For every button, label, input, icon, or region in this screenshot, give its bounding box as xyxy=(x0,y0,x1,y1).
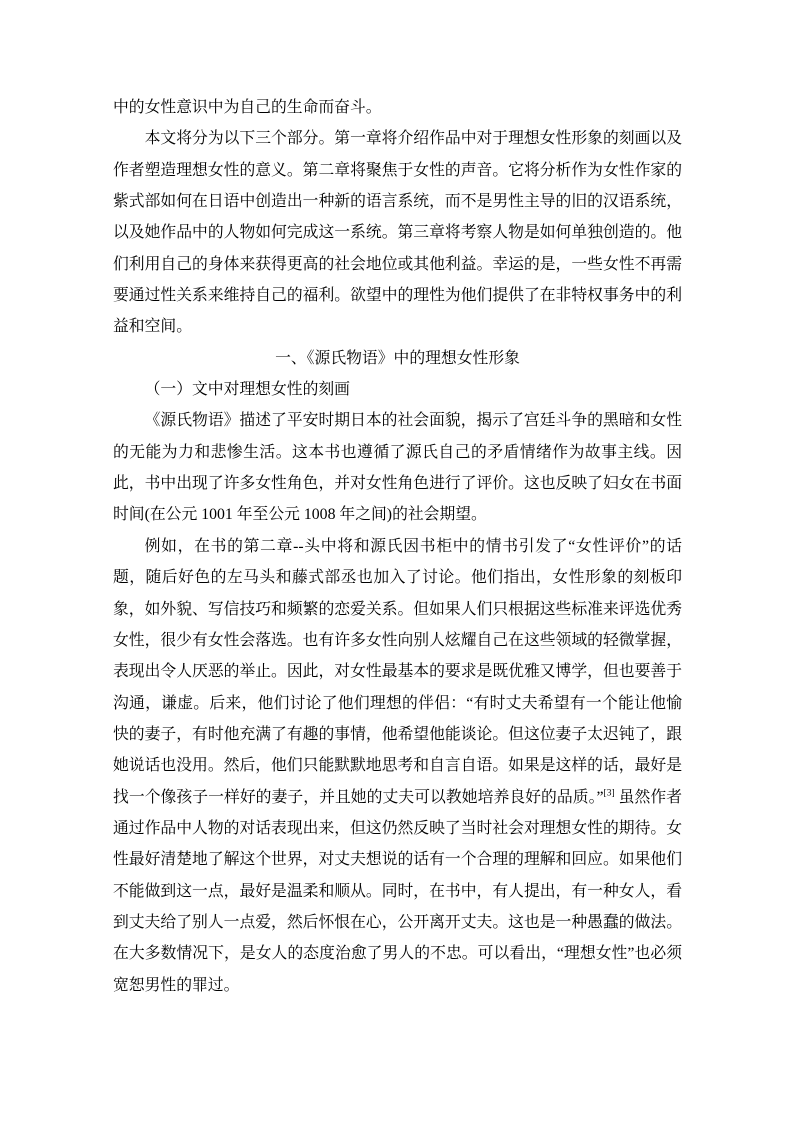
paragraph-depiction: 《源氏物语》描述了平安时期日本的社会面貌，揭示了宫廷斗争的黑暗和女性的无能为力和… xyxy=(113,405,682,530)
paragraph-example-text-before-ref: 例如，在书的第二章--头中将和源氏因书柜中的情书引发了“女性评价”的话题，随后好… xyxy=(113,538,682,806)
paragraph-continuation: 中的女性意识中为自己的生命而奋斗。 xyxy=(113,92,682,123)
paragraph-example-text-after-ref: 虽然作者通过作品中人物的对话表现出来，但这仍然反映了当时社会对理想女性的期待。女… xyxy=(113,789,682,994)
paragraph-example: 例如，在书的第二章--头中将和源氏因书柜中的情书引发了“女性评价”的话题，随后好… xyxy=(113,531,682,1001)
document-page: 中的女性意识中为自己的生命而奋斗。 本文将分为以下三个部分。第一章将介绍作品中对… xyxy=(0,0,793,1122)
footnote-reference-3: [3] xyxy=(604,788,615,798)
paragraph-intro-three-parts: 本文将分为以下三个部分。第一章将介绍作品中对于理想女性形象的刻画以及作者塑造理想… xyxy=(113,123,682,342)
section-heading-genji-ideal-women: 一、《源氏物语》中的理想女性形象 xyxy=(113,343,682,374)
page-body-text: 中的女性意识中为自己的生命而奋斗。 本文将分为以下三个部分。第一章将介绍作品中对… xyxy=(113,92,682,1001)
subsection-heading-depiction: （一）文中对理想女性的刻画 xyxy=(113,374,682,405)
